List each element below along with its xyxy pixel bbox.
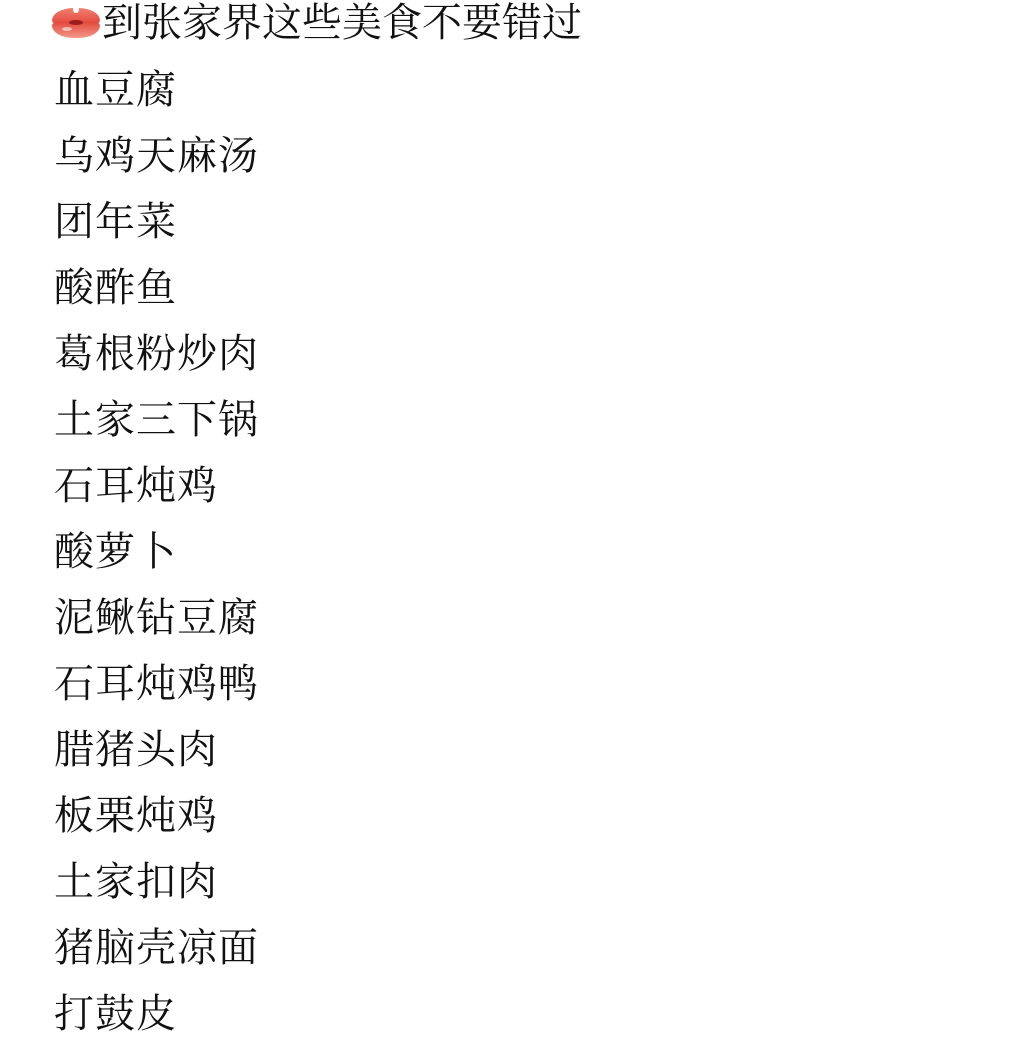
note-title: 到张家界这些美食不要错过 bbox=[52, 0, 1012, 46]
food-item: 酸萝卜 bbox=[54, 519, 259, 585]
food-item: 土家三下锅 bbox=[54, 387, 259, 453]
food-item: 打鼓皮 bbox=[54, 981, 259, 1047]
food-item: 泥鳅钻豆腐 bbox=[54, 585, 259, 651]
food-item: 腊猪头肉 bbox=[54, 717, 259, 783]
food-item: 猪脑壳凉面 bbox=[54, 915, 259, 981]
food-item: 石耳炖鸡鸭 bbox=[54, 651, 259, 717]
food-item: 血豆腐 bbox=[54, 57, 259, 123]
food-item: 乌鸡天麻汤 bbox=[54, 123, 259, 189]
food-item: 团年菜 bbox=[54, 189, 259, 255]
lips-emoji-icon bbox=[52, 8, 100, 38]
title-text: 到张家界这些美食不要错过 bbox=[102, 0, 582, 46]
food-item: 板栗炖鸡 bbox=[54, 783, 259, 849]
food-item: 石耳炖鸡 bbox=[54, 453, 259, 519]
food-note: 到张家界这些美食不要错过 血豆腐 乌鸡天麻汤 团年菜 酸酢鱼 葛根粉炒肉 土家三… bbox=[52, 0, 1012, 46]
food-list: 血豆腐 乌鸡天麻汤 团年菜 酸酢鱼 葛根粉炒肉 土家三下锅 石耳炖鸡 酸萝卜 泥… bbox=[54, 57, 259, 1047]
food-item: 葛根粉炒肉 bbox=[54, 321, 259, 387]
food-item: 土家扣肉 bbox=[54, 849, 259, 915]
food-item: 酸酢鱼 bbox=[54, 255, 259, 321]
